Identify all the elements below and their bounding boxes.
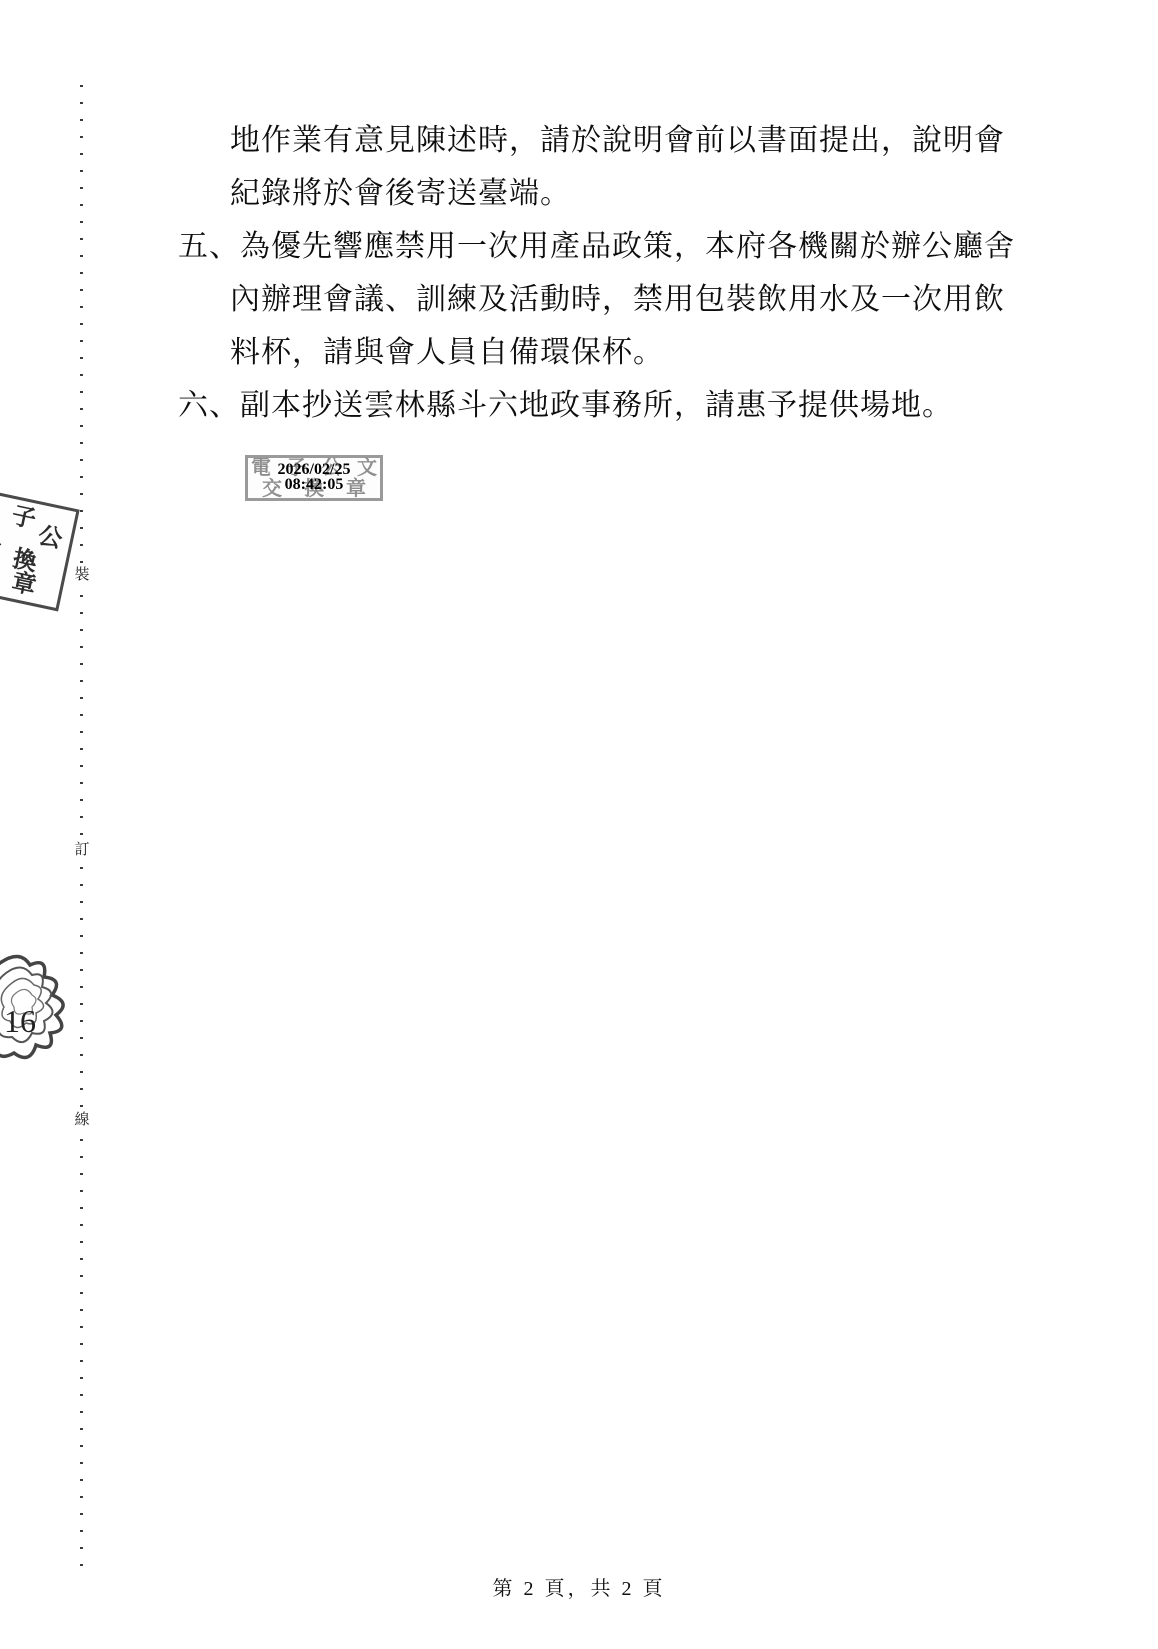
seal-page-number: 16: [4, 1003, 36, 1040]
binding-mark-zhuang: 裝: [70, 563, 94, 584]
document-page: 裝 訂 線 子 公 換 章 文 交 16 地作業有意見陳述時，請於說明會前以書面…: [0, 0, 1158, 1649]
body-line-item-5: 五、為優先響應禁用一次用產品政策，本府各機關於辦公廳舍: [178, 220, 1038, 273]
binding-mark-xian: 線: [70, 1108, 94, 1129]
body-line: 內辦理會議、訓練及活動時，禁用包裝飲用水及一次用飲: [178, 273, 1038, 326]
stamp-date: 2026/02/25: [248, 462, 380, 477]
body-line: 料杯，請與會人員自備環保杯。: [178, 326, 1038, 379]
binding-mark-ding: 訂: [70, 838, 94, 859]
body-line: 紀錄將於會後寄送臺端。: [178, 167, 1038, 220]
electronic-exchange-stamp: 電 子 公 文 交 換 章 2026/02/25 08:42:05: [245, 455, 383, 501]
binding-dotted-line: [80, 85, 83, 1573]
edge-stamp-char: 公: [35, 515, 66, 554]
edge-stamp-char: 子: [9, 495, 40, 534]
document-body: 地作業有意見陳述時，請於說明會前以書面提出，說明會 紀錄將於會後寄送臺端。 五、…: [178, 114, 1038, 432]
body-line: 地作業有意見陳述時，請於說明會前以書面提出，說明會: [178, 114, 1038, 167]
edge-exchange-stamp: 子 公 換 章 文 交: [0, 489, 80, 612]
edge-stamp-char: 文: [0, 527, 5, 566]
stamp-time: 08:42:05: [248, 477, 380, 492]
embossed-page-seal: 16: [0, 945, 76, 1070]
stamp-timestamp: 2026/02/25 08:42:05: [248, 462, 380, 492]
page-footer: 第 2 頁，共 2 頁: [0, 1572, 1158, 1601]
body-line-item-6: 六、副本抄送雲林縣斗六地政事務所，請惠予提供場地。: [178, 379, 1038, 432]
